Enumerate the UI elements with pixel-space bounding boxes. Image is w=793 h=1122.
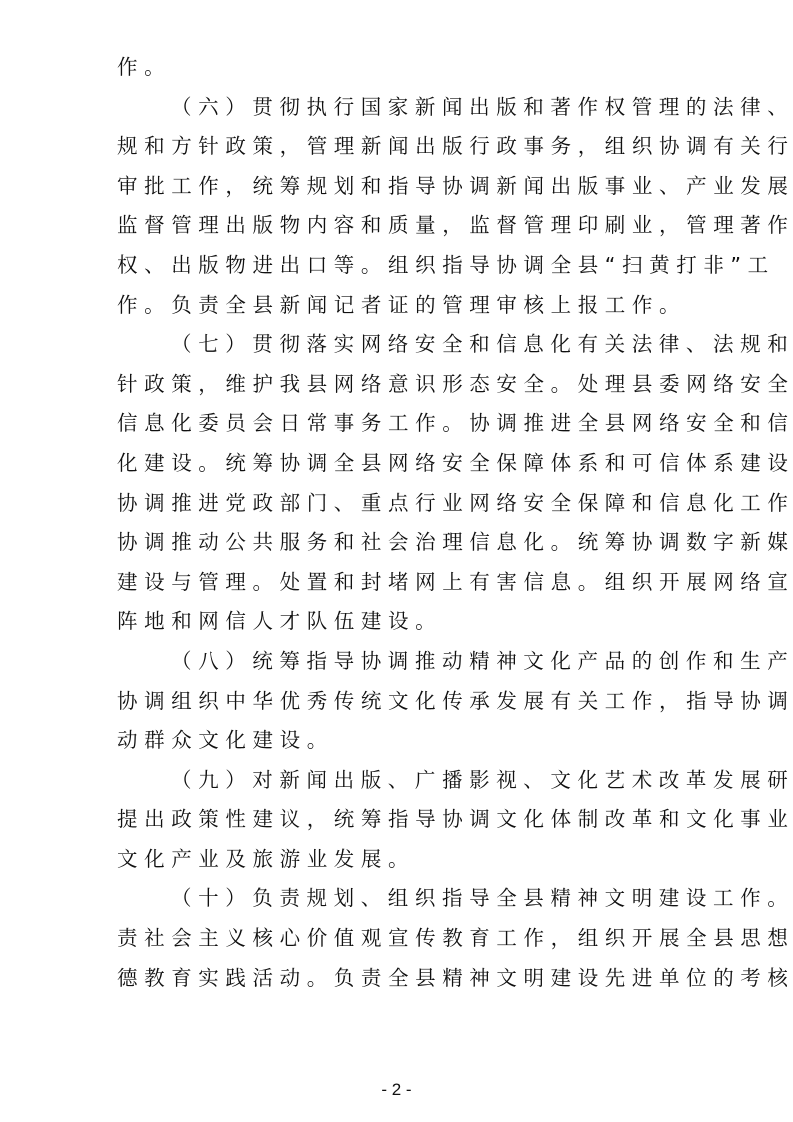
text-line: 针政策，维护我县网络意识形态安全。处理县委网络安全和	[117, 365, 689, 405]
text-line: 作。	[117, 48, 689, 88]
text-line: 审批工作，统筹规划和指导协调新闻出版事业、产业发展，	[117, 167, 689, 207]
text-line: 动群众文化建设。	[117, 721, 689, 761]
text-line: 德教育实践活动。负责全县精神文明建设先进单位的考核、	[117, 959, 689, 999]
paragraph-8-start: （八）统筹指导协调推动精神文化产品的创作和生产，	[117, 642, 689, 682]
text-line: 信息化委员会日常事务工作。协调推进全县网络安全和信息	[117, 404, 689, 444]
text-line: 阵地和网信人才队伍建设。	[117, 602, 689, 642]
document-body: 作。 （六）贯彻执行国家新闻出版和著作权管理的法律、法 规和方针政策，管理新闻出…	[117, 48, 689, 998]
text-line: 作。负责全县新闻记者证的管理审核上报工作。	[117, 286, 689, 326]
text-line: 协调推动公共服务和社会治理信息化。统筹协调数字新媒体	[117, 523, 689, 563]
text-line: 建设与管理。处置和封堵网上有害信息。组织开展网络宣传	[117, 563, 689, 603]
text-line: 责社会主义核心价值观宣传教育工作，组织开展全县思想道	[117, 919, 689, 959]
paragraph-6-start: （六）贯彻执行国家新闻出版和著作权管理的法律、法	[117, 88, 689, 128]
paragraph-10-start: （十）负责规划、组织指导全县精神文明建设工作。负	[117, 879, 689, 919]
page-number: - 2 -	[0, 1080, 793, 1100]
text-line: 化建设。统筹协调全县网络安全保障体系和可信体系建设。	[117, 444, 689, 484]
text-line: 监督管理出版物内容和质量，监督管理印刷业，管理著作	[117, 206, 689, 246]
text-line: 规和方针政策，管理新闻出版行政事务，组织协调有关行政	[117, 127, 689, 167]
text-line: 提出政策性建议，统筹指导协调文化体制改革和文化事业、	[117, 800, 689, 840]
paragraph-7-start: （七）贯彻落实网络安全和信息化有关法律、法规和方	[117, 325, 689, 365]
text-line: 协调组织中华优秀传统文化传承发展有关工作，指导协调推	[117, 682, 689, 722]
document-page: 作。 （六）贯彻执行国家新闻出版和著作权管理的法律、法 规和方针政策，管理新闻出…	[0, 0, 793, 1122]
text-line: 文化产业及旅游业发展。	[117, 840, 689, 880]
text-line: 权、出版物进出口等。组织指导协调全县“扫黄打非”工	[117, 246, 689, 286]
paragraph-9-start: （九）对新闻出版、广播影视、文化艺术改革发展研究	[117, 761, 689, 801]
text-line: 协调推进党政部门、重点行业网络安全保障和信息化工作。	[117, 484, 689, 524]
